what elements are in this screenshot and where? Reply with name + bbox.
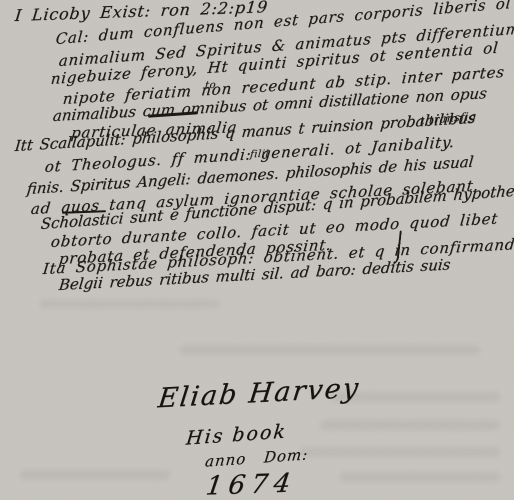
year-inscription: 1674 xyxy=(204,468,298,500)
show-through-band xyxy=(300,447,500,457)
owner-signature: Eliab Harvey xyxy=(156,373,362,415)
manuscript-page: I Licoby Exist: ron 2:2:p19 Cal: dum con… xyxy=(0,0,514,500)
show-through-band xyxy=(320,420,500,430)
show-through-band xyxy=(40,300,220,308)
show-through-band xyxy=(180,345,480,355)
show-through-band xyxy=(20,470,170,480)
ownership-line: His book xyxy=(185,420,288,449)
interlinear-insertion: to xyxy=(205,80,217,92)
show-through-band xyxy=(340,472,500,482)
interlinear-insertion: filii xyxy=(250,148,270,160)
anno-domini-line: anno Dom: xyxy=(204,445,309,470)
